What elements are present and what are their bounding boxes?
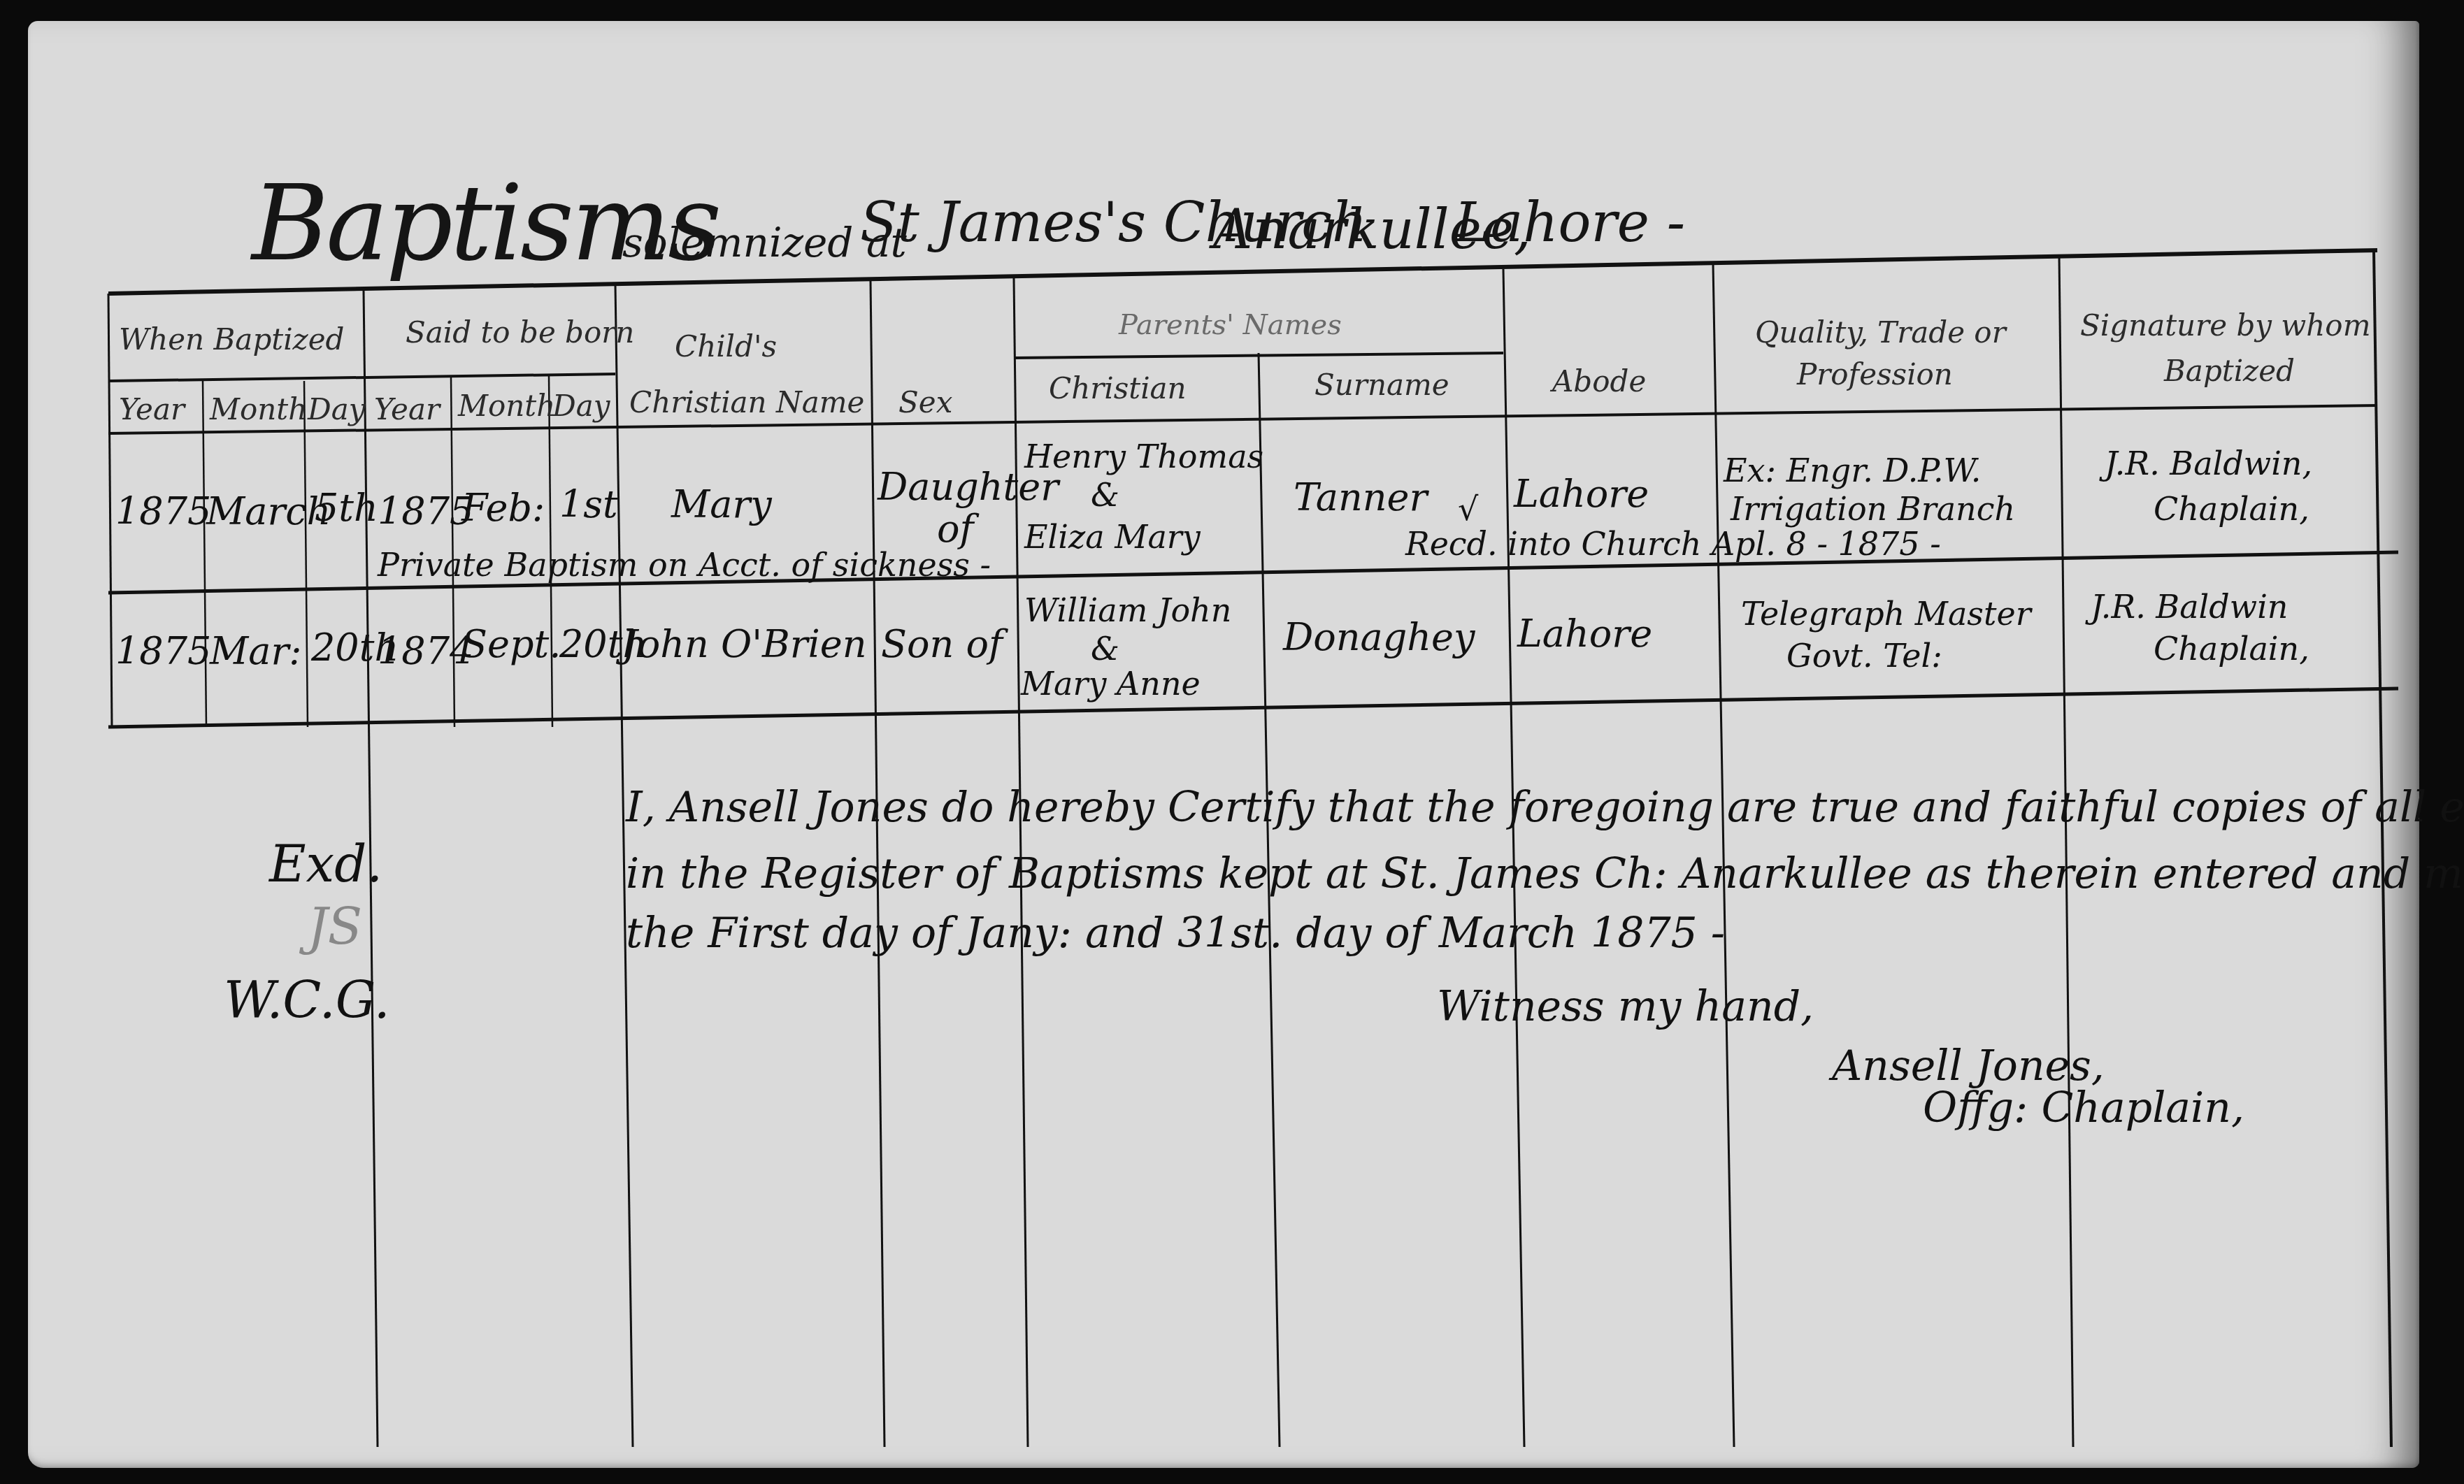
certificate-signer-name: Ansell Jones, (1832, 1045, 2105, 1087)
cell-born-year: 1874 (378, 633, 473, 670)
cell-quality-line1: Telegraph Master (1741, 598, 2031, 630)
header-quality-line2: Profession (1797, 360, 1953, 389)
cell-signature-line1: J.R. Baldwin, (2105, 447, 2312, 480)
certificate-signer-title: Offg: Chaplain, (1923, 1087, 2244, 1129)
header-parents-names: Parents' Names (1119, 311, 1342, 339)
title-city: Lahore - (1454, 196, 1685, 250)
cell-quality-line2: Govt. Tel: (1786, 640, 1942, 672)
cell-sex: Son of (881, 626, 1003, 663)
cell-bap-month: March (206, 493, 331, 531)
header-child-name-line1: Child's (675, 332, 777, 361)
cell-child-name: Mary (671, 486, 772, 524)
cell-bap-month: Mar: (210, 633, 302, 670)
header-sex: Sex (898, 388, 952, 417)
cell-quality-line1: Ex: Engr. D.P.W. (1724, 454, 1981, 487)
cell-sex-line2: of (937, 510, 974, 548)
header-born-year: Year (374, 395, 440, 424)
cell-born-month: Sept. (461, 626, 561, 663)
margin-examined-note: Exd. (269, 839, 382, 889)
header-child-name-line2: Christian Name (629, 388, 864, 417)
cell-born-year: 1875 (378, 493, 473, 531)
cell-received-into-church-note: Recd. into Church Apl. 8 - 1875 - (1405, 528, 1941, 560)
cell-parent-christian-line2: Eliza Mary (1024, 521, 1201, 553)
cell-abode: Lahore (1517, 615, 1652, 653)
cell-signature-line1: J.R. Baldwin (2091, 591, 2288, 623)
cell-parent-christian-amp: & (1091, 479, 1119, 511)
header-born-month: Month (458, 391, 555, 421)
cell-signature-line2: Chaplain, (2154, 493, 2309, 525)
cell-born-month: Feb: (461, 489, 545, 527)
header-quality-line1: Quality, Trade or (1755, 318, 2006, 347)
margin-initials-js: JS (308, 902, 362, 952)
header-parent-christian: Christian (1049, 374, 1187, 403)
cell-parent-surname: Donaghey (1283, 619, 1475, 656)
header-bap-month: Month (210, 395, 307, 424)
cell-parent-surname: Tanner (1294, 479, 1427, 517)
header-said-to-be-born: Said to be born (406, 318, 634, 347)
certificate-line-3: the First day of Jany: and 31st. day of … (626, 912, 1725, 954)
header-born-day: Day (552, 391, 610, 421)
cell-bap-year: 1875 (115, 493, 211, 531)
cell-child-name: John O'Brien (622, 626, 867, 663)
cell-quality-line2: Irrigation Branch (1731, 493, 2015, 525)
cell-parent-christian-line1: William John (1024, 594, 1231, 626)
header-signature-line1: Signature by whom (2080, 311, 2370, 340)
certificate-line-1: I, Ansell Jones do hereby Certify that t… (626, 786, 2464, 828)
header-parent-surname: Surname (1315, 370, 1449, 400)
header-when-baptized: When Baptized (119, 325, 344, 354)
certificate-witness: Witness my hand, (1437, 986, 1814, 1028)
header-bap-year: Year (119, 395, 185, 424)
header-abode: Abode (1552, 367, 1646, 396)
cell-signature-line2: Chaplain, (2154, 633, 2309, 665)
cell-bap-day: 5th (315, 489, 378, 527)
cell-parent-christian-line1: Henry Thomas (1024, 440, 1263, 473)
cell-abode: Lahore (1514, 475, 1649, 513)
cell-born-day: 1st (559, 486, 618, 524)
cell-parent-christian-line2: Mary Anne (1021, 668, 1201, 700)
cell-bap-year: 1875 (115, 633, 211, 670)
margin-initials-wcg: W.C.G. (224, 975, 390, 1025)
cell-parent-christian-amp: & (1091, 633, 1119, 665)
cell-private-baptism-note: Private Baptism on Acct. of sickness - (378, 549, 991, 581)
certificate-line-2: in the Register of Baptisms kept at St. … (626, 853, 2464, 895)
header-signature-line2: Baptized (2164, 356, 2295, 386)
surname-check-mark: √ (1458, 493, 1478, 525)
header-bap-day: Day (308, 395, 365, 424)
